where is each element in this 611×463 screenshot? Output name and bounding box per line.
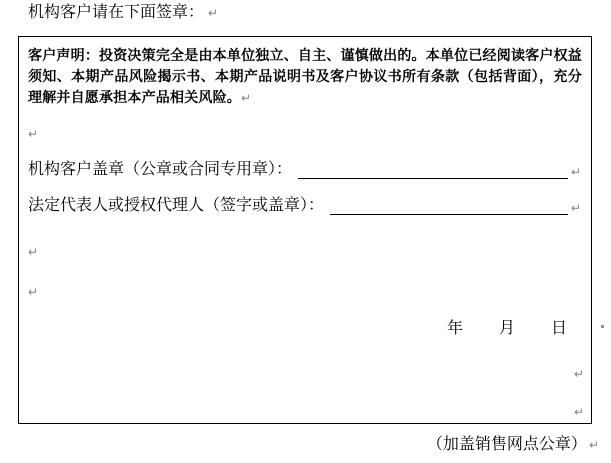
paragraph-mark-icon: ↵: [574, 405, 584, 419]
document-page: 机构客户请在下面签章： ↵ 客户声明：投资决策完全是由本单位独立、自主、谨慎做出…: [0, 0, 611, 463]
empty-paragraph: ↵: [574, 365, 584, 379]
paragraph-mark-icon: ↵: [571, 202, 581, 214]
month-label: 月: [499, 320, 515, 338]
paragraph-mark-icon: ↵: [589, 439, 599, 451]
institution-seal-blank-field[interactable]: [298, 162, 568, 179]
paragraph-mark-icon: ↵: [28, 127, 38, 141]
branch-seal-note: （加盖销售网点公章） ↵: [427, 436, 599, 454]
page-title: 机构客户请在下面签章： ↵: [28, 4, 218, 22]
day-label: 日: [551, 320, 567, 338]
client-declaration-text: 客户声明：投资决策完全是由本单位独立、自主、谨慎做出的。本单位已经阅读客户权益须…: [28, 47, 582, 105]
paragraph-mark-icon: ↵: [28, 285, 38, 299]
date-row: 年 月 日: [447, 320, 567, 338]
empty-paragraph: ↵: [574, 403, 584, 417]
institution-seal-label: 机构客户盖章（公章或合同专用章）：: [28, 161, 292, 179]
year-label: 年: [447, 320, 463, 338]
institution-seal-row: 机构客户盖章（公章或合同专用章）： ↵: [28, 161, 581, 179]
paragraph-mark-icon: ↵: [574, 367, 584, 381]
client-declaration: 客户声明：投资决策完全是由本单位独立、自主、谨慎做出的。本单位已经阅读客户权益须…: [28, 45, 582, 108]
paragraph-mark-icon: ↵: [208, 7, 218, 19]
empty-paragraph: ↵: [28, 243, 38, 257]
signature-box: 客户声明：投资决策完全是由本单位独立、自主、谨慎做出的。本单位已经阅读客户权益须…: [18, 36, 592, 424]
anchor-dot-mark: [601, 325, 604, 328]
empty-paragraph: ↵: [28, 125, 38, 139]
empty-paragraph: ↵: [28, 283, 38, 297]
paragraph-mark-icon: ↵: [28, 245, 38, 259]
legal-representative-blank-field[interactable]: [330, 198, 568, 215]
legal-representative-label: 法定代表人或授权代理人（签字或盖章）：: [28, 197, 324, 215]
paragraph-mark-icon: ↵: [571, 166, 581, 178]
branch-seal-note-text: （加盖销售网点公章）: [427, 436, 587, 454]
paragraph-mark-icon: ↵: [241, 91, 251, 105]
page-title-text: 机构客户请在下面签章：: [28, 4, 204, 22]
legal-representative-row: 法定代表人或授权代理人（签字或盖章）： ↵: [28, 197, 581, 215]
